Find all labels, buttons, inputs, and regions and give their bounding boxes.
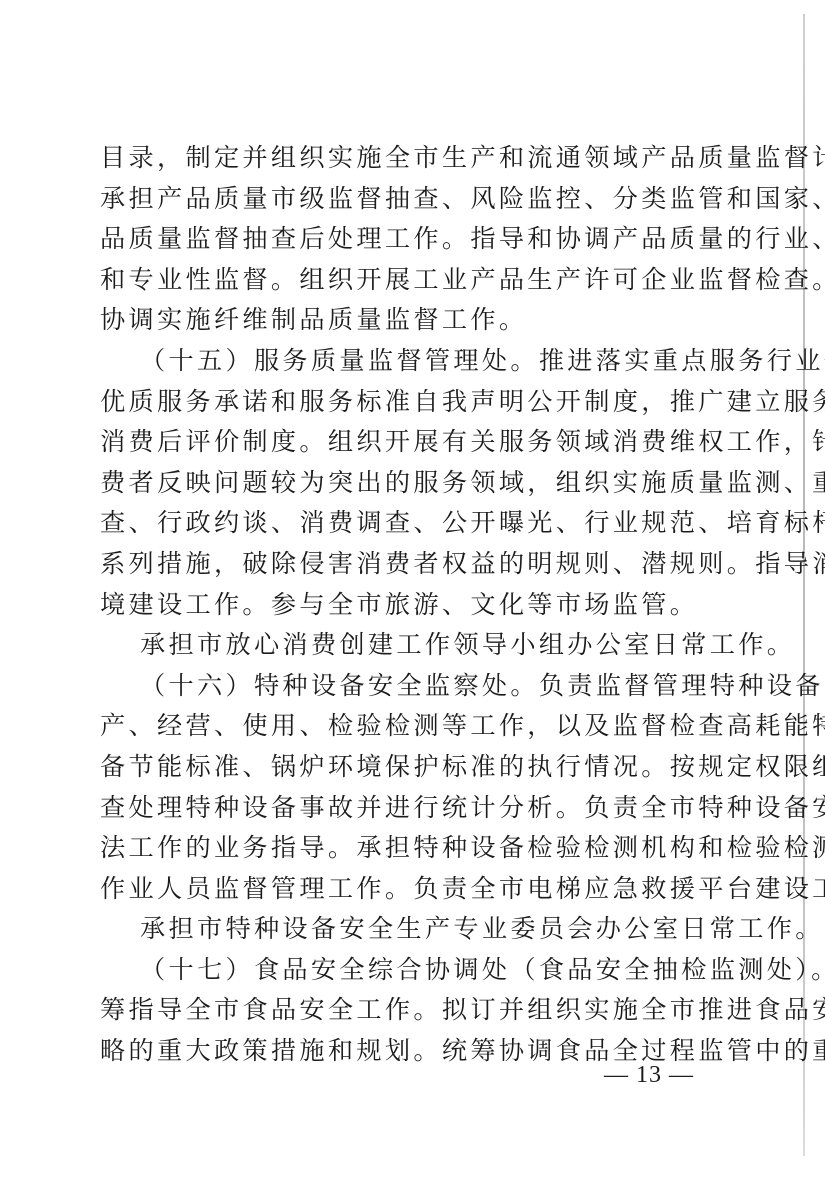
text-line: 作业人员监督管理工作。负责全市电梯应急救援平台建设工作。 — [100, 869, 732, 910]
text-line: 境建设工作。参与全市旅游、文化等市场监管。 — [100, 585, 732, 626]
text-line: 品质量监督抽查后处理工作。指导和协调产品质量的行业、地方 — [100, 219, 732, 260]
text-line: 承担市放心消费创建工作领导小组办公室日常工作。 — [100, 625, 732, 666]
text-line: 查、行政约谈、消费调查、公开曝光、行业规范、培育标杆等一 — [100, 503, 732, 544]
text-line: 筹指导全市食品安全工作。拟订并组织实施全市推进食品安全战 — [100, 990, 732, 1031]
text-line: 目录，制定并组织实施全市生产和流通领域产品质量监督计划。 — [100, 138, 732, 179]
text-line: 系列措施，破除侵害消费者权益的明规则、潜规则。指导消费环 — [100, 544, 732, 585]
text-line: （十六）特种设备安全监察处。负责监督管理特种设备的生 — [100, 666, 732, 707]
body-text: 目录，制定并组织实施全市生产和流通领域产品质量监督计划。承担产品质量市级监督抽查… — [100, 138, 732, 1072]
text-line: 和专业性监督。组织开展工业产品生产许可企业监督检查。负责 — [100, 260, 732, 301]
text-line: 法工作的业务指导。承担特种设备检验检测机构和检验检测人员、 — [100, 828, 732, 869]
text-line: 承担市特种设备安全生产专业委员会办公室日常工作。 — [100, 909, 732, 950]
text-line: （十七）食品安全综合协调处（食品安全抽检监测处）。统 — [100, 950, 732, 991]
text-line: 承担产品质量市级监督抽查、风险监控、分类监管和国家、省产 — [100, 179, 732, 220]
text-line: 查处理特种设备事故并进行统计分析。负责全市特种设备安全执 — [100, 788, 732, 829]
document-page: 目录，制定并组织实施全市生产和流通领域产品质量监督计划。承担产品质量市级监督抽查… — [0, 0, 825, 1179]
text-line: 协调实施纤维制品质量监督工作。 — [100, 300, 732, 341]
text-line: 优质服务承诺和服务标准自我声明公开制度，推广建立服务领域 — [100, 382, 732, 423]
text-line: 产、经营、使用、检验检测等工作，以及监督检查高耗能特种设 — [100, 706, 732, 747]
text-line: （十五）服务质量监督管理处。推进落实重点服务行业企业 — [100, 341, 732, 382]
page-number: — 13 — — [604, 1062, 694, 1089]
text-line: 消费后评价制度。组织开展有关服务领域消费维权工作，针对消 — [100, 422, 732, 463]
text-line: 备节能标准、锅炉环境保护标准的执行情况。按规定权限组织调 — [100, 747, 732, 788]
text-line: 费者反映问题较为突出的服务领域，组织实施质量监测、重点抽 — [100, 463, 732, 504]
